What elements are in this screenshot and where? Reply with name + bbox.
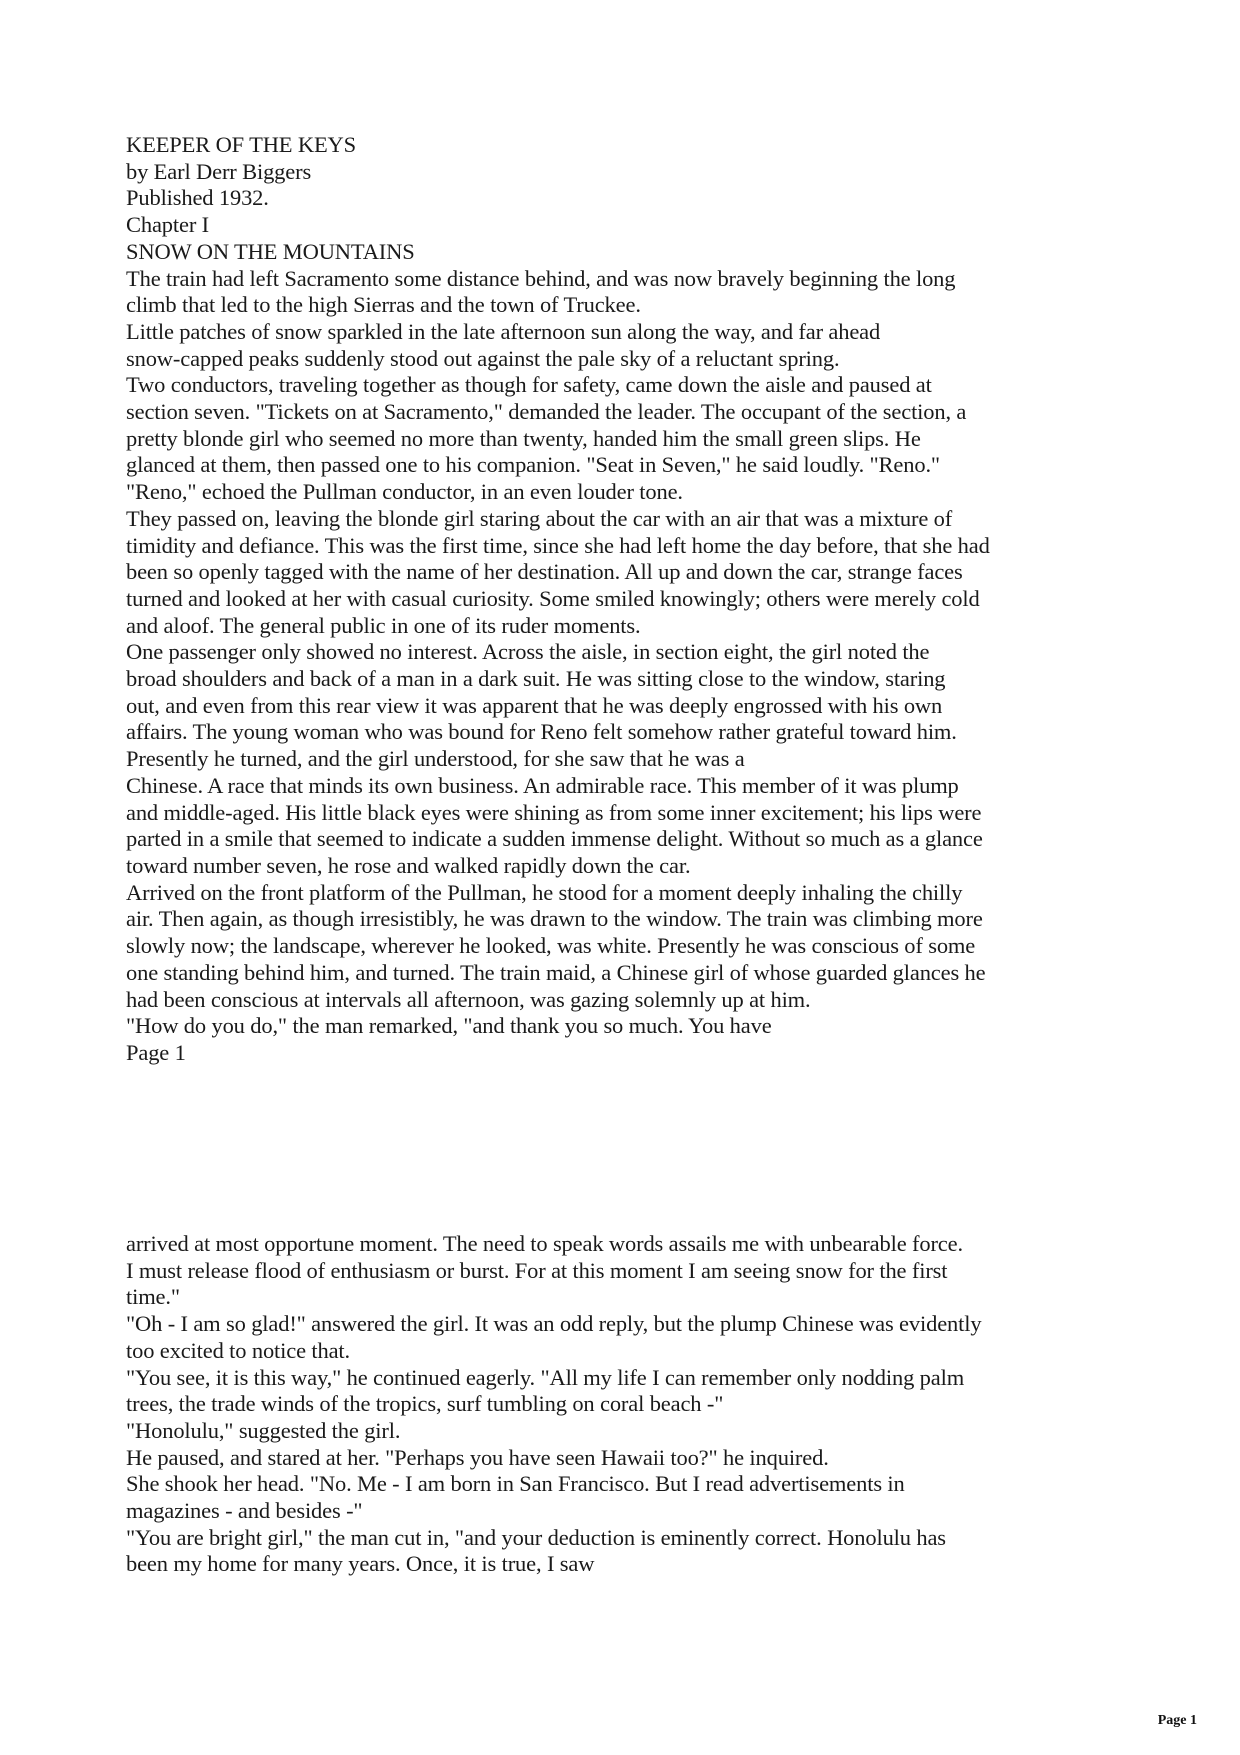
text-line: She shook her head. "No. Me - I am born … xyxy=(126,1471,1136,1498)
text-line: The train had left Sacramento some dista… xyxy=(126,266,1136,293)
text-line: They passed on, leaving the blonde girl … xyxy=(126,506,1136,533)
text-line: "Reno," echoed the Pullman conductor, in… xyxy=(126,479,1136,506)
text-line: one standing behind him, and turned. The… xyxy=(126,960,1136,987)
text-line: and middle-aged. His little black eyes w… xyxy=(126,800,1136,827)
text-line: been my home for many years. Once, it is… xyxy=(126,1551,1136,1578)
text-line: timidity and defiance. This was the firs… xyxy=(126,533,1136,560)
text-line: arrived at most opportune moment. The ne… xyxy=(126,1231,1136,1258)
published-line: Published 1932. xyxy=(126,185,1136,212)
text-line: had been conscious at intervals all afte… xyxy=(126,987,1136,1014)
book-title: KEEPER OF THE KEYS xyxy=(126,132,1136,159)
text-line: glanced at them, then passed one to his … xyxy=(126,452,1136,479)
text-line: turned and looked at her with casual cur… xyxy=(126,586,1136,613)
text-line: Little patches of snow sparkled in the l… xyxy=(126,319,1136,346)
text-line: air. Then again, as though irresistibly,… xyxy=(126,906,1136,933)
text-line: trees, the trade winds of the tropics, s… xyxy=(126,1391,1136,1418)
chapter-number: Chapter I xyxy=(126,212,1136,239)
text-line: "Oh - I am so glad!" answered the girl. … xyxy=(126,1311,1136,1338)
text-line: Chinese. A race that minds its own busin… xyxy=(126,773,1136,800)
text-line: magazines - and besides -" xyxy=(126,1498,1136,1525)
footer-page-number: Page 1 xyxy=(1158,1713,1197,1729)
text-line: "You are bright girl," the man cut in, "… xyxy=(126,1525,1136,1552)
text-line: He paused, and stared at her. "Perhaps y… xyxy=(126,1445,1136,1472)
text-line: One passenger only showed no interest. A… xyxy=(126,639,1136,666)
text-line: snow-capped peaks suddenly stood out aga… xyxy=(126,346,1136,373)
text-line: parted in a smile that seemed to indicat… xyxy=(126,826,1136,853)
inline-page-marker: Page 1 xyxy=(126,1040,1136,1067)
text-block-continuation: arrived at most opportune moment. The ne… xyxy=(126,1231,1136,1578)
text-line: "Honolulu," suggested the girl. xyxy=(126,1418,1136,1445)
text-line: been so openly tagged with the name of h… xyxy=(126,559,1136,586)
document-page: KEEPER OF THE KEYS by Earl Derr Biggers … xyxy=(0,0,1240,1755)
chapter-title: SNOW ON THE MOUNTAINS xyxy=(126,239,1136,266)
text-line: too excited to notice that. xyxy=(126,1338,1136,1365)
text-line: affairs. The young woman who was bound f… xyxy=(126,719,1136,746)
text-line: and aloof. The general public in one of … xyxy=(126,613,1136,640)
text-block-page-1: KEEPER OF THE KEYS by Earl Derr Biggers … xyxy=(126,132,1136,1067)
text-line: slowly now; the landscape, wherever he l… xyxy=(126,933,1136,960)
text-line: climb that led to the high Sierras and t… xyxy=(126,292,1136,319)
text-line: "You see, it is this way," he continued … xyxy=(126,1365,1136,1392)
text-line: toward number seven, he rose and walked … xyxy=(126,853,1136,880)
text-line: out, and even from this rear view it was… xyxy=(126,693,1136,720)
text-line: pretty blonde girl who seemed no more th… xyxy=(126,426,1136,453)
text-line: I must release flood of enthusiasm or bu… xyxy=(126,1258,1136,1285)
text-line: Presently he turned, and the girl unders… xyxy=(126,746,1136,773)
text-line: time." xyxy=(126,1284,1136,1311)
text-line: "How do you do," the man remarked, "and … xyxy=(126,1013,1136,1040)
text-line: Arrived on the front platform of the Pul… xyxy=(126,880,1136,907)
text-line: broad shoulders and back of a man in a d… xyxy=(126,666,1136,693)
text-line: section seven. "Tickets on at Sacramento… xyxy=(126,399,1136,426)
author-line: by Earl Derr Biggers xyxy=(126,159,1136,186)
text-line: Two conductors, traveling together as th… xyxy=(126,372,1136,399)
